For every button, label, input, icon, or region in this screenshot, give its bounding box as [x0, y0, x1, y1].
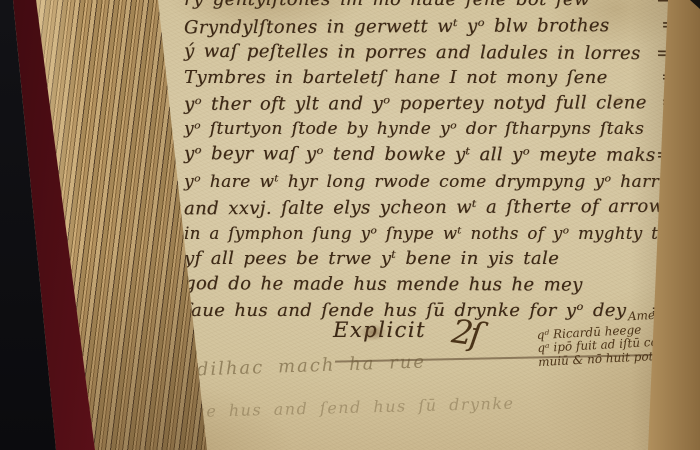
line-text: and xxvj. ſalte elys ycheon wᵗ a ſtherte…: [184, 196, 674, 220]
text-line: ry gentylſtones ím mo haue ſene bot few …: [184, 0, 682, 10]
line-text: Gryndylſtones in gerwett wᵗ yᵒ blw broth…: [184, 15, 610, 38]
text-line: yᵒ beyr waſ yᵒ tend bowke yᵗ all yᵒ meyt…: [184, 142, 682, 166]
line-text: in a ſymphon ſung yᵒ ſnype wᵗ noths of y…: [184, 224, 684, 243]
pen-trial-line: yᵒ dilhac mach ha rue: [162, 351, 427, 381]
text-line: in a ſymphon ſung yᵒ ſnype wᵗ noths of y…: [184, 222, 682, 244]
manuscript-photo: ry gentylſtones ím mo haue ſene bot few …: [0, 0, 700, 450]
text-line: ý waſ peſtelles in porres and ladules in…: [184, 40, 682, 65]
line-text: ý waſ peſtelles in porres and ladules in…: [184, 41, 641, 64]
explicit-flourish-icon: 2ſ: [450, 316, 481, 349]
pen-trial-line: ſaue hus and ſend hus ſū drynke: [176, 394, 515, 422]
text-line: Gryndylſtones in gerwett wᵗ yᵒ blw broth…: [184, 14, 682, 39]
text-line: god do he made hus mende hus he mey =ſ: [184, 272, 682, 296]
line-text: Tymbres in barteletſ hane I not mony ſen…: [184, 67, 608, 88]
text-line: yᵒ ther oft ylt and yᵒ popertey notyd fu…: [184, 91, 682, 115]
line-text: god do he made hus mende hus he mey: [184, 273, 583, 295]
text-line: yf all pees be trwe yᵗ bene in yis tale …: [184, 247, 682, 269]
line-text: yᵒ ther oft ylt and yᵒ popertey notyd fu…: [184, 92, 647, 115]
line-text: yf all pees be trwe yᵗ bene in yis tale: [184, 248, 559, 269]
text-line: yᵒ hare wᵗ hyr long rwode come drympyng …: [184, 170, 682, 192]
line-text: ry gentylſtones ím mo haue ſene bot few: [184, 0, 590, 10]
explicit-row: Explicit 2ſ: [333, 318, 479, 348]
line-text: yᵒ ſturtyon ſtode by hynde yᵒ dor ſtharp…: [184, 119, 644, 139]
explicit-label: Explicit: [333, 318, 426, 342]
text-line: yᵒ ſturtyon ſtode by hynde yᵒ dor ſtharp…: [184, 117, 682, 139]
text-line: and xxvj. ſalte elys ycheon wᵗ a ſtherte…: [184, 195, 682, 220]
text-line: Tymbres in barteletſ hane I not mony ſen…: [184, 66, 682, 88]
line-text: yᵒ beyr waſ yᵒ tend bowke yᵗ all yᵒ meyt…: [184, 143, 656, 166]
line-text: yᵒ hare wᵗ hyr long rwode come drympyng …: [184, 172, 694, 192]
